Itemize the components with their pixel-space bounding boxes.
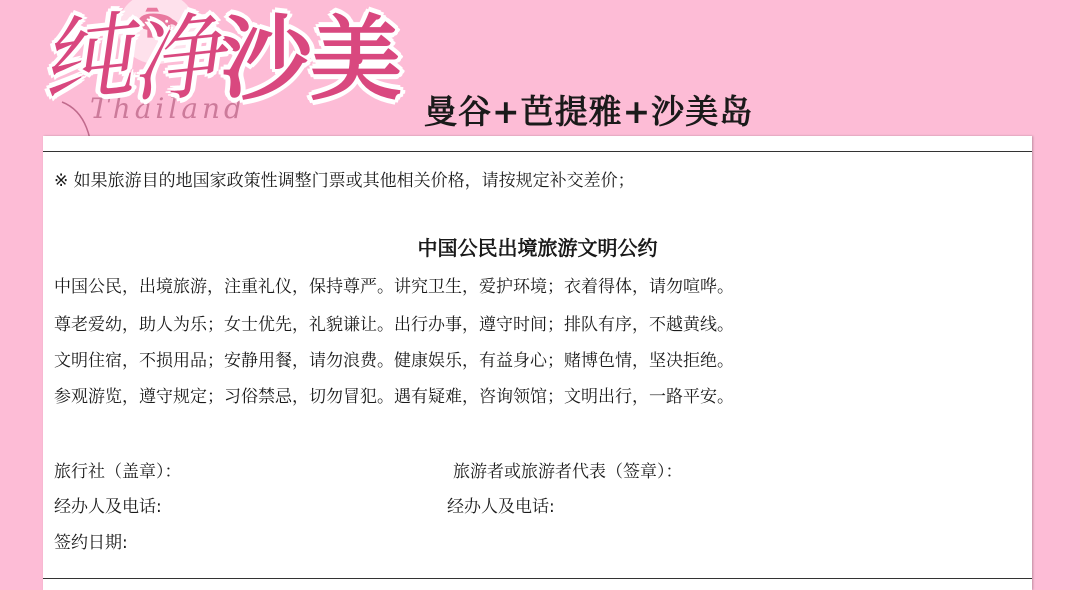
logo-char: 美 bbox=[310, 6, 400, 113]
convention-title: 中国公民出境旅游文明公约 bbox=[43, 232, 1032, 261]
logo-char: 净 bbox=[125, 10, 224, 111]
logo-char: 纯 bbox=[35, 10, 134, 111]
convention-line: 尊老爱幼，助人为乐；女士优先，礼貌谦让。出行办事，遵守时间；排队有序，不越黄线。 bbox=[54, 310, 734, 335]
document-panel: ※ 如果旅游目的地国家政策性调整门票或其他相关价格，请按规定补交差价； 中国公民… bbox=[43, 136, 1032, 590]
convention-line: 参观游览，遵守规定；习俗禁忌，切勿冒犯。遇有疑难，咨询领馆；文明出行，一路平安。 bbox=[54, 382, 734, 407]
logo-title: 纯净沙美 bbox=[40, 14, 400, 106]
contract-box: ※ 如果旅游目的地国家政策性调整门票或其他相关价格，请按规定补交差价； 中国公民… bbox=[43, 151, 1032, 579]
convention-line: 文明住宿，不损用品；安静用餐，请勿浪费。健康娱乐，有益身心；赌博色情，坚决拒绝。 bbox=[54, 346, 734, 371]
agency-stamp-label: 旅行社（盖章）： bbox=[54, 457, 182, 482]
signing-date-label: 签约日期: bbox=[54, 528, 128, 553]
convention-line: 中国公民，出境旅游，注重礼仪，保持尊严。讲究卫生，爱护环境；衣着得体，请勿喧哗。 bbox=[54, 272, 734, 297]
logo-char: 沙 bbox=[220, 6, 310, 113]
price-adjustment-notice: ※ 如果旅游目的地国家政策性调整门票或其他相关价格，请按规定补交差价； bbox=[54, 166, 635, 191]
agency-contact-label: 经办人及电话: bbox=[54, 492, 162, 517]
traveler-signature-label: 旅游者或旅游者代表（签章）： bbox=[453, 457, 683, 482]
header-logo-area: Thailand 纯净沙美 曼谷+芭提雅+沙美岛 bbox=[0, 0, 1080, 150]
route-subtitle: 曼谷+芭提雅+沙美岛 bbox=[424, 86, 753, 133]
traveler-contact-label: 经办人及电话: bbox=[447, 492, 555, 517]
